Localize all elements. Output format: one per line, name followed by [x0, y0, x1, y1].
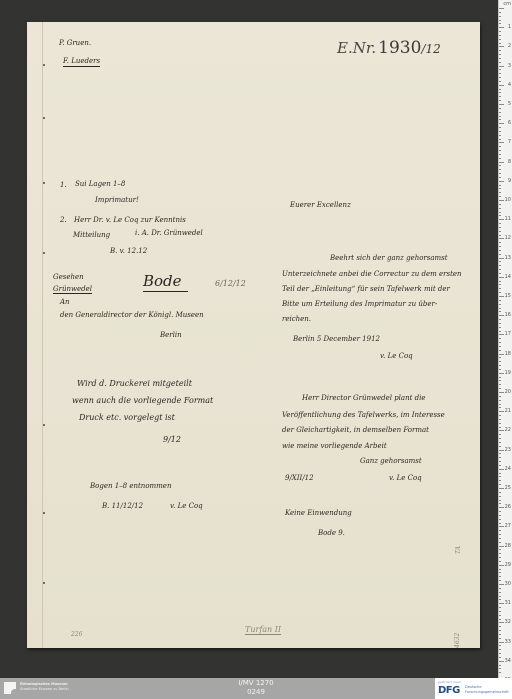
- ruler-label: 11: [505, 216, 511, 222]
- ruler-tick: [499, 246, 501, 247]
- ruler-tick: [499, 327, 501, 328]
- ruler-tick: [499, 81, 501, 82]
- ruler-tick: [499, 500, 501, 501]
- ruler-tick: [499, 469, 504, 470]
- ruler-label: 30: [505, 581, 511, 587]
- ruler-tick: [499, 181, 504, 182]
- ruler-tick: [499, 119, 501, 120]
- ruler-tick: [499, 538, 501, 539]
- ruler-tick: [499, 665, 501, 666]
- ruler-label: 21: [505, 408, 511, 414]
- ruler-tick: [499, 546, 504, 547]
- ruler-label: 15: [505, 293, 511, 299]
- ruler-tick: [499, 380, 501, 381]
- ruler-tick: [499, 231, 501, 232]
- ruler-tick: [499, 192, 501, 193]
- dfg-logo-icon: DFG: [438, 685, 460, 696]
- ruler-tick: [499, 377, 501, 378]
- ruler-tick: [499, 492, 501, 493]
- ruler-tick: [499, 311, 501, 312]
- ruler-tick: [499, 277, 504, 278]
- document-viewer[interactable]: E.Nr.1930/12 P. Gruen. F. Lueders 1. Sui…: [0, 0, 498, 678]
- receipt-line-1: Bogen 1–8 entnommen: [90, 483, 171, 490]
- ruler-tick: [499, 169, 501, 170]
- ruler-tick: [499, 177, 501, 178]
- punch-hole: [43, 252, 45, 254]
- receipt-line-2: B. 11/12/12: [102, 503, 143, 510]
- ruler-tick: [499, 308, 501, 309]
- pencil-note-turfan: Turfan II: [245, 626, 281, 635]
- ruler-tick: [499, 446, 501, 447]
- ruler-tick: [499, 638, 501, 639]
- ruler-tick: [499, 242, 501, 243]
- ruler-label: 5: [508, 101, 511, 107]
- ruler-label: 13: [505, 255, 511, 261]
- ruler-tick: [499, 269, 501, 270]
- ruler-tick: [499, 592, 501, 593]
- ruler-label: 17: [505, 331, 511, 337]
- ruler-tick: [499, 354, 504, 355]
- ruler-tick: [499, 580, 501, 581]
- ruler-tick: [499, 357, 501, 358]
- ruler-label: 27: [505, 523, 511, 529]
- ruler-tick: [499, 453, 501, 454]
- ruler-tick: [499, 58, 501, 59]
- ruler-tick: [499, 235, 501, 236]
- ruler-tick: [499, 150, 501, 151]
- punch-hole: [43, 424, 45, 426]
- ruler-tick: [499, 599, 501, 600]
- closing: Ganz gehorsamst: [360, 458, 422, 465]
- ruler-tick: [499, 523, 501, 524]
- ruler-label: 28: [505, 543, 511, 549]
- punch-hole: [43, 182, 45, 184]
- ruler-tick: [499, 542, 501, 543]
- ruler-tick: [499, 261, 501, 262]
- ruler-tick: [499, 553, 501, 554]
- ruler-tick: [499, 139, 501, 140]
- ruler-tick: [499, 116, 501, 117]
- signature-bode: Bode: [143, 274, 188, 292]
- addressee-initials: Grünwedel: [53, 286, 92, 294]
- ruler-label: 19: [505, 370, 511, 376]
- place-date: Berlin 5 December 1912: [293, 336, 380, 343]
- punch-hole: [43, 117, 45, 119]
- margin-code-lower: 4632: [455, 633, 461, 648]
- ruler-tick: [499, 661, 504, 662]
- ruler-tick: [499, 146, 501, 147]
- signature-1: v. Le Coq: [380, 353, 413, 360]
- punch-hole: [43, 64, 45, 66]
- ruler-tick: [499, 334, 504, 335]
- draft-note-line-1: Wird d. Druckerei mitgeteilt: [77, 380, 192, 388]
- ruler-tick: [499, 254, 501, 255]
- salutation: Euerer Excellenz: [290, 202, 351, 209]
- ruler-unit-label: cm: [503, 1, 511, 7]
- ruler-label: 4: [508, 82, 511, 88]
- ruler-tick: [499, 603, 504, 604]
- ruler-tick: [499, 549, 501, 550]
- body-line-1: Beehrt sich der ganz gehorsamst: [330, 255, 448, 262]
- ruler-tick: [499, 461, 501, 462]
- draft-note-line-2: wenn auch die vorliegende Format: [72, 397, 213, 405]
- registry-stamp: E.Nr.1930/12: [337, 38, 441, 58]
- ruler-tick: [499, 338, 501, 339]
- bottom-note-line-1: Keine Einwendung: [285, 510, 352, 517]
- ruler-label: 18: [505, 351, 511, 357]
- ruler-tick: [499, 223, 501, 224]
- note-1-line-2: Imprimatur!: [95, 197, 139, 204]
- ruler-tick: [499, 20, 501, 21]
- ruler-tick: [499, 96, 501, 97]
- page-number: 0249: [200, 688, 312, 697]
- ruler-tick: [499, 388, 501, 389]
- ruler-tick: [499, 534, 501, 535]
- ruler-tick: [499, 85, 504, 86]
- ruler-tick: [499, 622, 504, 623]
- ruler-tick: [499, 304, 501, 305]
- ruler-tick: [499, 653, 501, 654]
- ruler-tick: [499, 442, 501, 443]
- ruler-tick: [499, 361, 501, 362]
- ruler-label: 2: [508, 43, 511, 49]
- ruler-tick: [499, 473, 501, 474]
- ruler-label: 12: [505, 235, 511, 241]
- funder-name: Deutsche Forschungsgemeinschaft: [465, 685, 509, 694]
- ruler-tick: [499, 630, 501, 631]
- ruler-tick: [499, 165, 501, 166]
- ruler-tick: [499, 123, 504, 124]
- ruler-tick: [499, 69, 501, 70]
- ruler-tick: [499, 39, 501, 40]
- ruler-tick: [499, 484, 501, 485]
- ruler-label: 9: [508, 178, 511, 184]
- ruler-tick: [499, 31, 501, 32]
- ruler-label: 26: [505, 504, 511, 510]
- ruler-tick: [499, 284, 501, 285]
- ruler-tick: [499, 365, 501, 366]
- ruler-tick: [499, 438, 501, 439]
- ruler-tick: [499, 404, 501, 405]
- ruler-tick: [499, 561, 501, 562]
- signature-2: v. Le Coq: [389, 475, 422, 482]
- ruler-tick: [499, 557, 501, 558]
- archive-caption: I/MV 1270 0249: [200, 679, 312, 697]
- ruler-tick: [499, 565, 504, 566]
- ruler-tick: [499, 596, 501, 597]
- ruler-tick: [499, 112, 501, 113]
- top-note-2: F. Lueders: [63, 58, 100, 67]
- ruler-tick: [499, 142, 504, 143]
- ruler-tick: [499, 411, 504, 412]
- ruler-label: 23: [505, 447, 511, 453]
- fold-line: [42, 22, 43, 648]
- ruler-tick: [499, 503, 501, 504]
- ruler-tick: [499, 346, 501, 347]
- ruler-tick: [499, 288, 501, 289]
- ruler-tick: [499, 457, 501, 458]
- draft-note-line-3: Druck etc. vorgelegt ist: [79, 414, 175, 422]
- ruler-tick: [499, 392, 504, 393]
- ruler-tick: [499, 238, 504, 239]
- second-date: 9/XII/12: [285, 475, 314, 482]
- ruler-tick: [499, 89, 501, 90]
- ruler-label: 22: [505, 427, 511, 433]
- ruler-tick: [499, 54, 501, 55]
- ruler-tick: [499, 450, 504, 451]
- ruler-tick: [499, 300, 501, 301]
- funder-name-line-2: Forschungsgemeinschaft: [465, 690, 509, 695]
- stamp-suffix: /12: [421, 42, 440, 56]
- note-1-line-1: Sui Lagen 1–8: [75, 181, 125, 188]
- museum-logo-icon: [4, 682, 16, 694]
- ruler-tick: [499, 530, 501, 531]
- institution-name: Ethnologisches Museum Staatliche Museen …: [20, 682, 69, 692]
- ruler-tick: [499, 154, 501, 155]
- ruler-label: 24: [505, 466, 511, 472]
- ruler-tick: [499, 208, 501, 209]
- ruler-tick: [499, 315, 504, 316]
- receipt-signature: v. Le Coq: [170, 503, 203, 510]
- ruler-tick: [499, 507, 504, 508]
- ruler-tick: [499, 519, 501, 520]
- top-note-1: P. Gruen.: [59, 40, 91, 47]
- ruler-label: 14: [505, 274, 511, 280]
- punch-hole: [43, 582, 45, 584]
- body-line-2: Unterzeichnete anbei die Correctur zu de…: [282, 271, 462, 278]
- ruler-tick: [499, 434, 501, 435]
- ruler-tick: [499, 204, 501, 205]
- ruler-tick: [499, 23, 501, 24]
- second-note-line-1: Herr Director Grünwedel plant die: [302, 395, 426, 402]
- ruler-tick: [499, 419, 501, 420]
- to-city: Berlin: [160, 332, 182, 339]
- ruler-tick: [499, 511, 501, 512]
- archive-signature: I/MV 1270: [200, 679, 312, 688]
- ruler-label: 29: [505, 562, 511, 568]
- note-2-line-2: Mitteilung: [73, 232, 110, 239]
- ruler-tick: [499, 642, 504, 643]
- ruler-tick: [499, 584, 504, 585]
- ruler-tick: [499, 12, 501, 13]
- ruler-label: 3: [508, 63, 511, 69]
- ruler-tick: [499, 588, 501, 589]
- ruler-tick: [499, 369, 501, 370]
- ruler-label: 34: [505, 658, 511, 664]
- addressee-label: Gesehen: [53, 274, 84, 281]
- ruler-tick: [499, 415, 501, 416]
- ruler-tick: [499, 645, 501, 646]
- ruler-tick: [499, 215, 501, 216]
- ruler-tick: [499, 273, 501, 274]
- ruler-tick: [499, 488, 504, 489]
- ruler-tick: [499, 400, 501, 401]
- ruler-tick: [499, 100, 501, 101]
- to-recipient: den Generaldirector der Königl. Museen: [60, 312, 204, 319]
- note-2-line-1: Herr Dr. v. Le Coq zur Kenntnis: [74, 217, 186, 224]
- ruler-tick: [499, 342, 501, 343]
- ruler-tick: [499, 104, 504, 105]
- ruler-label: 1: [508, 24, 511, 30]
- ruler-tick: [499, 465, 501, 466]
- stamp-prefix: E.Nr.: [337, 39, 376, 57]
- ruler-tick: [499, 423, 501, 424]
- ruler-tick: [499, 8, 504, 9]
- ruler-tick: [499, 16, 501, 17]
- ruler-label: 6: [508, 120, 511, 126]
- ruler-tick: [499, 27, 504, 28]
- margin-code-upper: TA: [456, 546, 462, 554]
- ruler-label: 20: [505, 389, 511, 395]
- ruler-tick: [499, 43, 501, 44]
- to-label: An: [60, 299, 70, 306]
- ruler-tick: [499, 173, 501, 174]
- ruler-tick: [499, 158, 501, 159]
- ruler-tick: [499, 162, 504, 163]
- ruler-tick: [499, 657, 501, 658]
- ruler-tick: [499, 35, 501, 36]
- approval-date: 6/12/12: [215, 280, 246, 288]
- ruler-tick: [499, 427, 501, 428]
- ruler-tick: [499, 92, 501, 93]
- note-1-number: 1.: [60, 182, 67, 189]
- funder-logo: gefördert durch DFG Deutsche Forschungsg…: [435, 678, 512, 699]
- second-note-line-3: der Gleichartigkeit, in demselben Format: [282, 427, 429, 434]
- ruler-tick: [499, 496, 501, 497]
- ruler-label: 25: [505, 485, 511, 491]
- ruler-tick: [499, 188, 501, 189]
- ruler-label: 16: [505, 312, 511, 318]
- ruler-tick: [499, 46, 504, 47]
- ruler-tick: [499, 131, 501, 132]
- ruler-tick: [499, 373, 504, 374]
- folio-number: 226: [71, 632, 82, 638]
- ruler-label: 31: [505, 600, 511, 606]
- ruler-tick: [499, 649, 501, 650]
- ruler-label: 32: [505, 619, 511, 625]
- body-line-5: reichen.: [282, 316, 311, 323]
- ruler-tick: [499, 611, 501, 612]
- ruler-label: 8: [508, 159, 511, 165]
- ruler-tick: [499, 108, 501, 109]
- ruler-tick: [499, 476, 501, 477]
- ruler-tick: [499, 319, 501, 320]
- ruler-tick: [499, 626, 501, 627]
- note-2-line-3: i. A. Dr. Grünwedel: [135, 230, 203, 237]
- ruler-tick: [499, 281, 501, 282]
- ruler-tick: [499, 576, 501, 577]
- second-note-line-2: Veröffentlichung des Tafelwerks, im Inte…: [282, 412, 445, 419]
- ruler-tick: [499, 212, 501, 213]
- note-2-line-4: B. v. 12.12: [110, 248, 147, 255]
- punch-hole: [43, 512, 45, 514]
- draft-note-date: 9/12: [163, 436, 181, 444]
- scanned-letter-page: E.Nr.1930/12 P. Gruen. F. Lueders 1. Sui…: [27, 22, 480, 648]
- centimeter-ruler: cm 1234567891011121314151617181920212223…: [498, 0, 512, 678]
- ruler-tick: [499, 672, 501, 673]
- stamp-number: 1930: [378, 38, 421, 58]
- body-line-4: Bitte um Erteilung des Imprimatur zu übe…: [282, 301, 437, 308]
- ruler-tick: [499, 73, 501, 74]
- ruler-tick: [499, 331, 501, 332]
- ruler-label: 10: [505, 197, 511, 203]
- ruler-tick: [499, 634, 501, 635]
- ruler-tick: [499, 407, 501, 408]
- ruler-tick: [499, 196, 501, 197]
- ruler-tick: [499, 384, 501, 385]
- ruler-tick: [499, 135, 501, 136]
- ruler-tick: [499, 619, 501, 620]
- ruler-tick: [499, 296, 504, 297]
- ruler-tick: [499, 50, 501, 51]
- ruler-tick: [499, 219, 504, 220]
- ruler-tick: [499, 526, 504, 527]
- ruler-label: 7: [508, 139, 511, 145]
- second-note-line-4: wie meine vorliegende Arbeit: [282, 443, 387, 450]
- ruler-tick: [499, 350, 501, 351]
- bottom-note-line-2: Bode 9.: [318, 530, 345, 537]
- ruler-tick: [499, 615, 501, 616]
- ruler-tick: [499, 66, 504, 67]
- ruler-tick: [499, 430, 504, 431]
- ruler-tick: [499, 323, 501, 324]
- ruler-tick: [499, 480, 501, 481]
- footer-bar: Ethnologisches Museum Staatliche Museen …: [0, 678, 512, 699]
- ruler-tick: [499, 569, 501, 570]
- ruler-tick: [499, 77, 501, 78]
- ruler-label: 33: [505, 639, 511, 645]
- ruler-tick: [499, 607, 501, 608]
- ruler-tick: [499, 265, 501, 266]
- institution-line-2: Staatliche Museen zu Berlin: [20, 687, 69, 692]
- ruler-tick: [499, 396, 501, 397]
- ruler-tick: [499, 515, 501, 516]
- ruler-tick: [499, 292, 501, 293]
- funder-caption: gefördert durch: [438, 680, 461, 684]
- ruler-tick: [499, 668, 501, 669]
- ruler-tick: [499, 127, 501, 128]
- ruler-tick: [499, 572, 501, 573]
- ruler-tick: [499, 250, 501, 251]
- ruler-tick: [499, 227, 501, 228]
- ruler-tick: [499, 62, 501, 63]
- note-2-number: 2.: [60, 217, 67, 224]
- ruler-tick: [499, 185, 501, 186]
- ruler-tick: [499, 258, 504, 259]
- body-line-3: Teil der „Einleitung“ für sein Tafelwerk…: [282, 286, 450, 293]
- ruler-tick: [499, 200, 504, 201]
